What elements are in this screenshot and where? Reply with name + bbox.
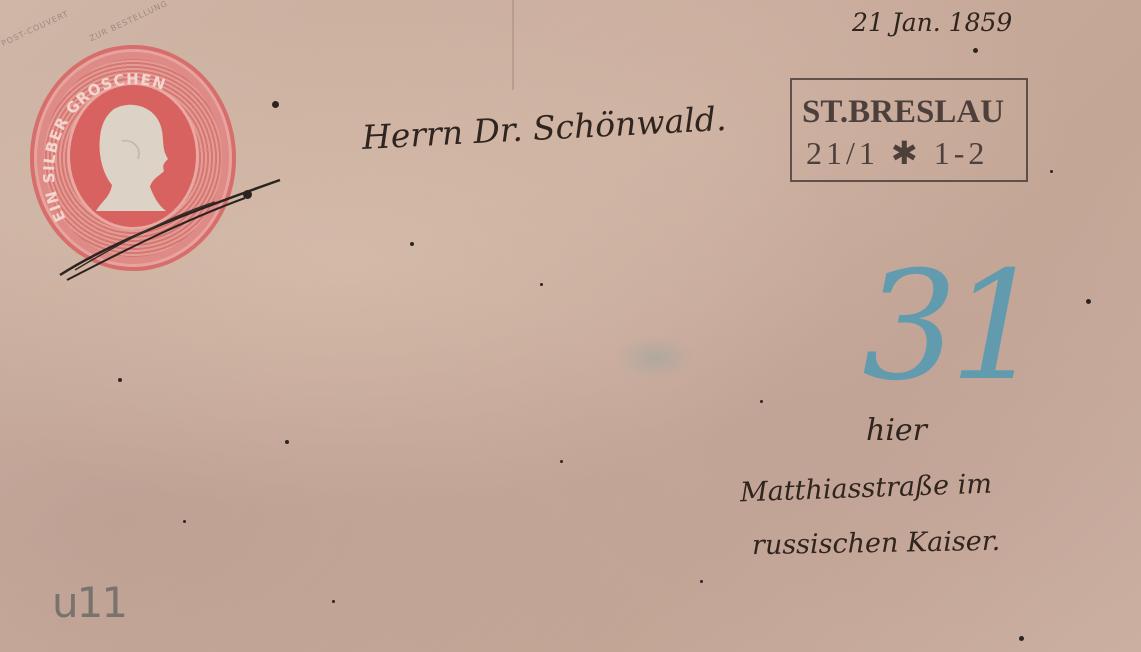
ink-speck [285,440,289,444]
fold-crease [512,0,514,90]
handwritten-date: 21 Jan. 1859 [852,8,1012,37]
ink-speck [760,400,763,403]
postmark-city: ST.BRESLAU [802,94,1004,131]
address-line-1: Matthiasstraße im [740,469,993,509]
postmark-date: 21/1 ✱ 1-2 [806,134,988,172]
pen-cancel-strokes [55,170,285,285]
stain [615,335,695,380]
pencil-note: u11 [52,578,126,627]
ink-speck [410,242,414,246]
ink-speck [973,48,978,53]
ink-speck [1019,636,1024,641]
address-line-0: hier [866,413,927,448]
blue-crayon-number: 31 [862,252,1037,402]
faint-imprint: ZUR BESTELLUNG [88,0,169,43]
faint-imprint: POST-COUVERT [0,9,70,48]
postmark-box: ST.BRESLAU 21/1 ✱ 1-2 [790,78,1028,182]
ink-speck [560,460,563,463]
ink-speck [272,101,279,108]
envelope: POST-COUVERT ZUR BESTELLUNG EIN SILBER G… [0,0,1141,652]
ink-speck [1086,299,1091,304]
ink-speck [700,580,703,583]
ink-speck [118,378,122,382]
ink-speck [332,600,335,603]
address-line-2: russischen Kaiser. [752,526,1001,561]
ink-speck [540,283,543,286]
ink-speck [183,520,186,523]
ink-speck [1050,170,1053,173]
recipient-name: Herrn Dr. Schönwald. [361,99,727,157]
